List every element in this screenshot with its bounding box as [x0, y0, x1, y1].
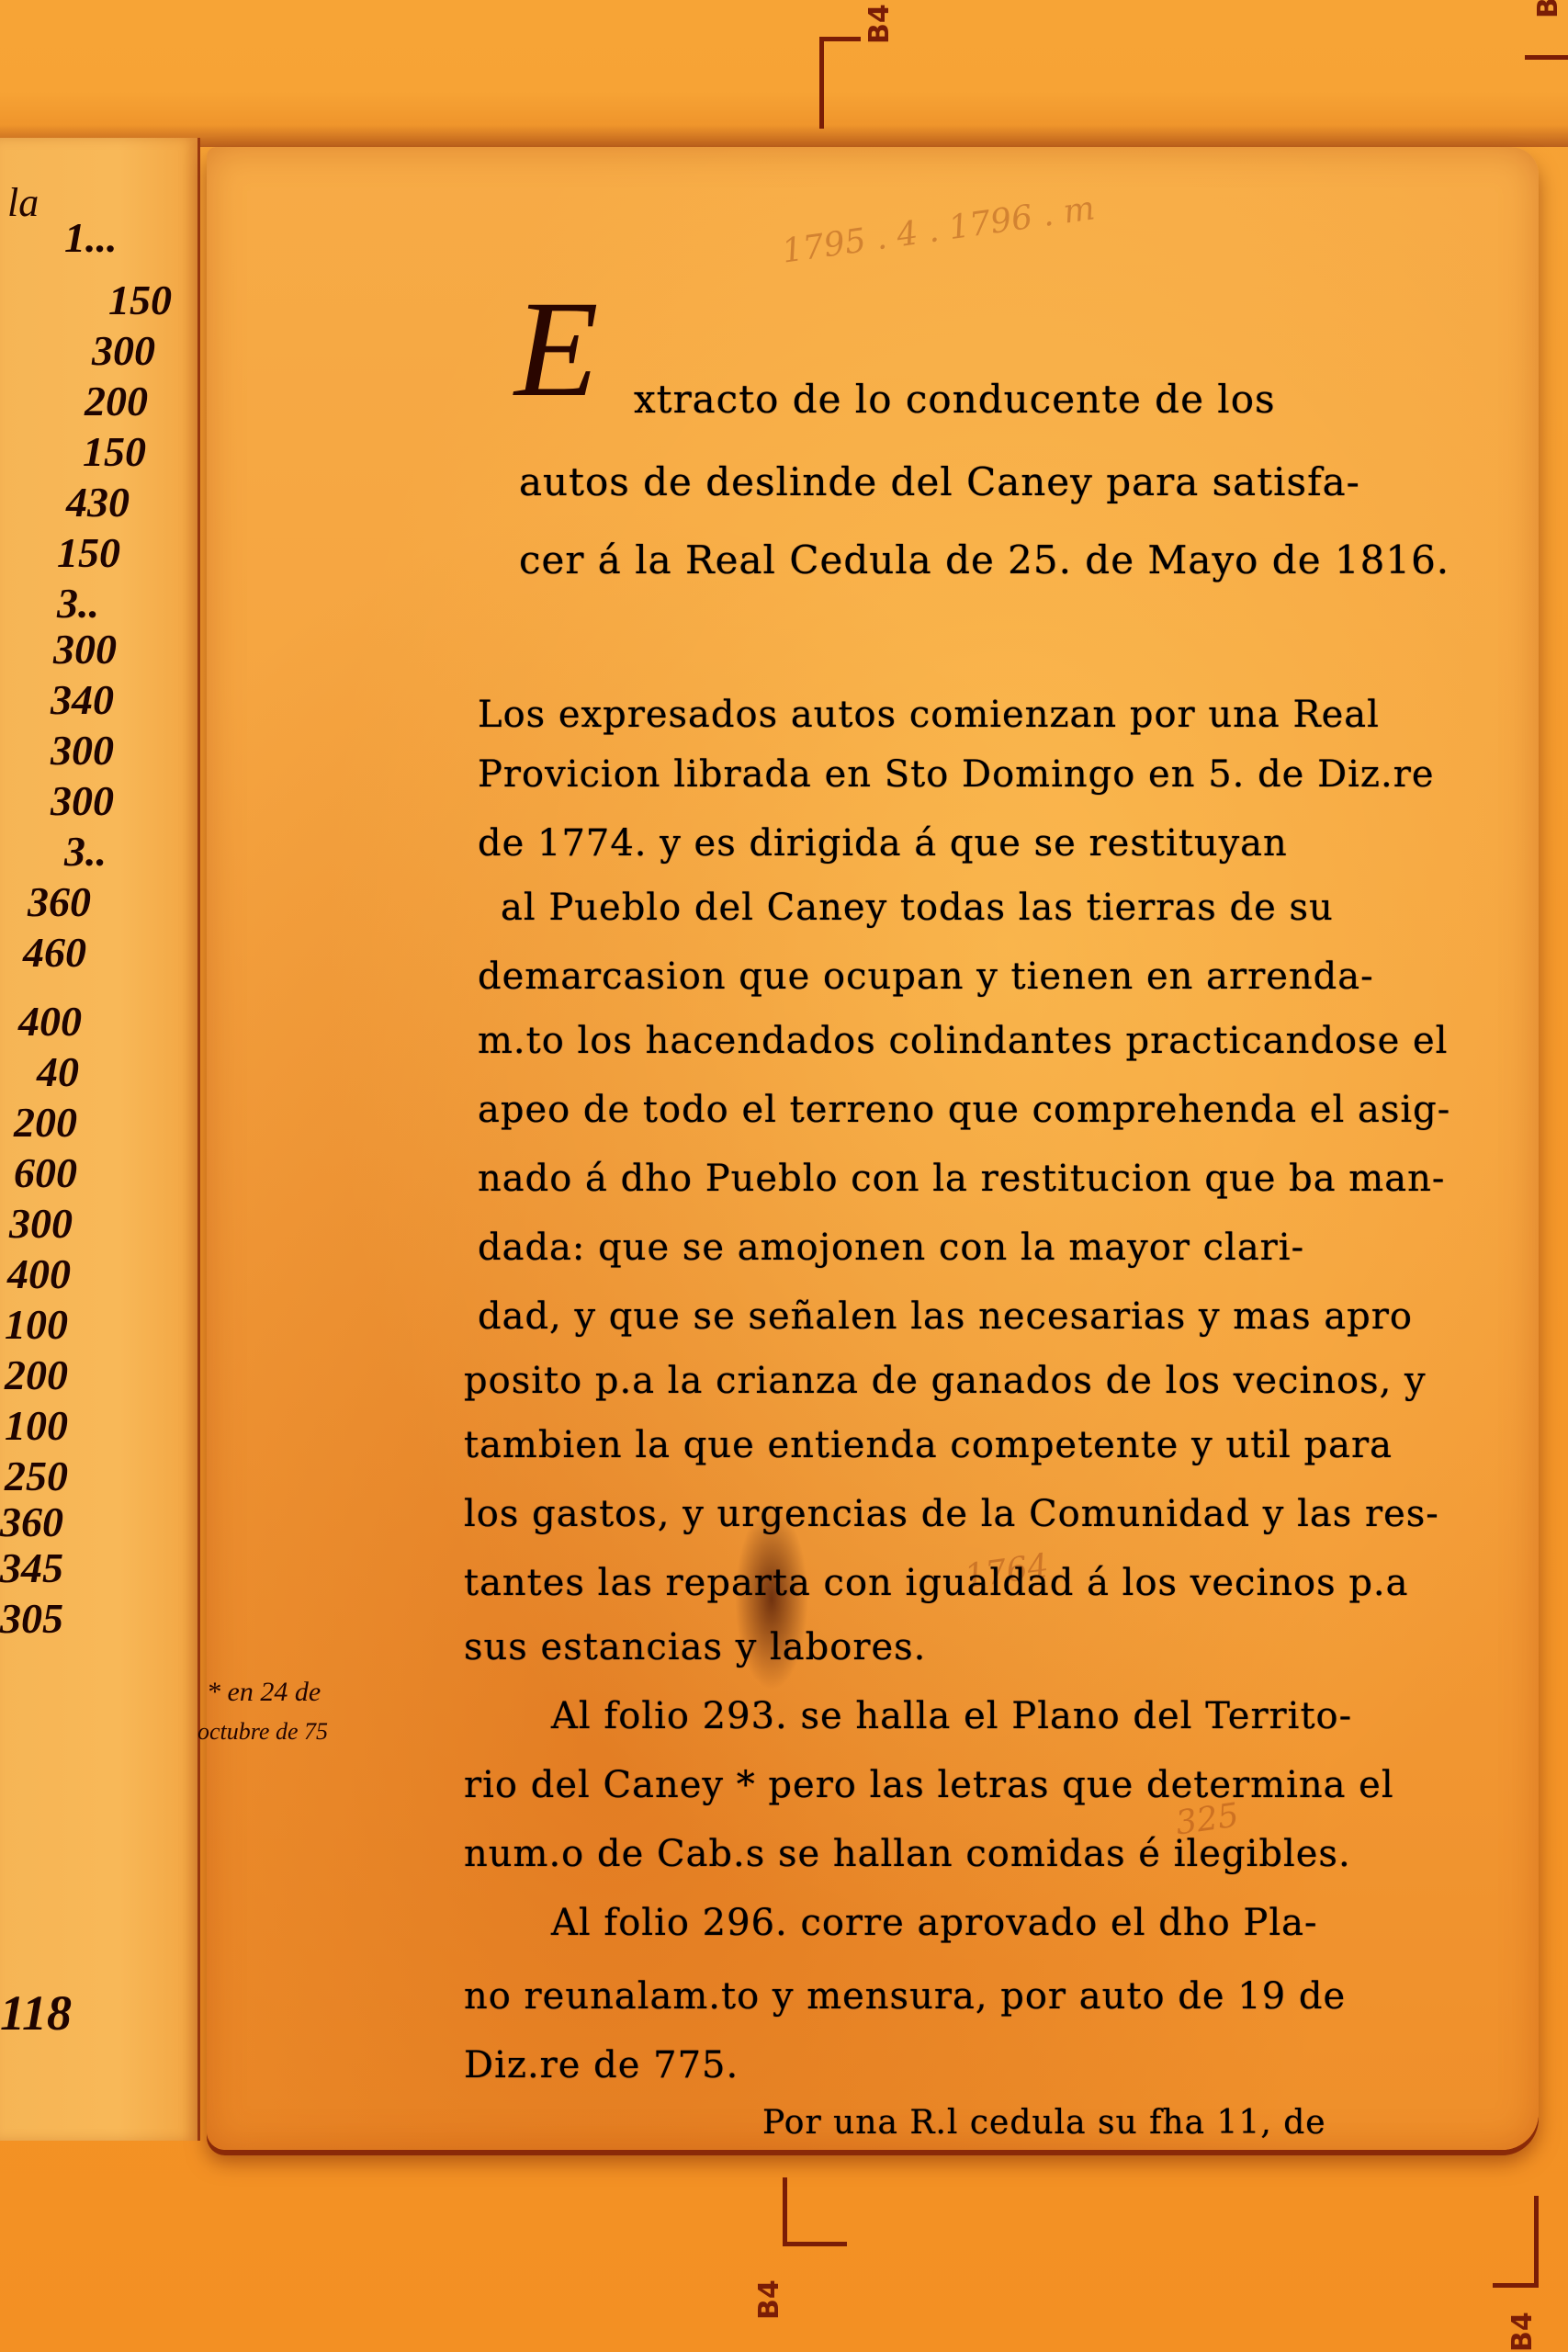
body-line: num.o de Cab.s se hallan comidas é ilegi… — [464, 1833, 1351, 1875]
title-line: xtracto de lo conducente de los — [634, 377, 1276, 422]
body-line: dada: que se amojonen con la mayor clari… — [478, 1227, 1304, 1269]
crop-mark-top-right — [1525, 55, 1568, 60]
body-line: tambien la que entienda competente y uti… — [464, 1424, 1393, 1466]
margin-figure: 300 — [51, 726, 114, 775]
crop-mark-bottom-horizontal — [783, 2242, 847, 2246]
body-line: Al folio 293. se halla el Plano del Terr… — [551, 1695, 1352, 1737]
crop-label-bottom: B4 — [753, 2279, 785, 2320]
margin-figure: 300 — [51, 776, 114, 825]
body-line: Provicion librada en Sto Domingo en 5. d… — [478, 753, 1435, 796]
margin-figure: 1... — [64, 213, 118, 262]
body-line: Los expresados autos comienzan por una R… — [478, 694, 1380, 736]
margin-annotation: * en 24 de — [207, 1677, 321, 1708]
body-line: no reunalam.to y mensura, por auto de 19… — [464, 1975, 1346, 2018]
body-line: los gastos, y urgencias de la Comunidad … — [464, 1493, 1439, 1535]
margin-figure: 300 — [53, 625, 117, 673]
crop-mark-top-horizontal — [819, 37, 861, 41]
margin-figure: 345 — [0, 1543, 63, 1592]
margin-figure: 200 — [14, 1098, 77, 1147]
crop-label-bottom-right: B4 — [1506, 2312, 1539, 2352]
margin-figure: 150 — [83, 427, 146, 476]
margin-figure: 100 — [5, 1300, 68, 1349]
margin-figure: 600 — [14, 1148, 77, 1197]
title-line: cer á la Real Cedula de 25. de Mayo de 1… — [519, 537, 1450, 582]
body-line: al Pueblo del Caney todas las tierras de… — [501, 887, 1334, 929]
body-line: apeo de todo el terreno que comprehenda … — [478, 1089, 1450, 1131]
body-line: sus estancias y labores. — [464, 1626, 926, 1668]
body-line: dad, y que se señalen las necesarias y m… — [478, 1295, 1413, 1338]
margin-figure: 150 — [108, 276, 172, 324]
margin-figure: 118 — [0, 1984, 72, 2041]
crop-label-top: B4 — [863, 4, 896, 44]
body-line: m.to los hacendados colindantes practica… — [478, 1020, 1448, 1062]
margin-annotation: octubre de 75 — [197, 1718, 328, 1746]
body-line: tantes las reparta con igualdad á los ve… — [464, 1562, 1409, 1604]
margin-figure: 200 — [5, 1351, 68, 1399]
margin-figure: 150 — [57, 528, 120, 577]
title-line: autos de deslinde del Caney para satisfa… — [519, 459, 1360, 504]
body-line: de 1774. y es dirigida á que se restituy… — [478, 822, 1288, 865]
body-line: Diz.re de 775. — [464, 2044, 739, 2086]
body-line: posito p.a la crianza de ganados de los … — [464, 1360, 1427, 1402]
margin-figure: 300 — [9, 1199, 73, 1248]
body-line: Por una R.l cedula su fha 11, de — [762, 2104, 1326, 2142]
crop-mark-bottom-right-horizontal — [1493, 2283, 1539, 2288]
body-line: nado á dho Pueblo con la restitucion que… — [478, 1158, 1445, 1200]
margin-figure: 250 — [5, 1452, 68, 1500]
left-header: la — [7, 179, 39, 226]
margin-figure: 3.. — [64, 827, 107, 876]
torn-page-edge — [0, 92, 1568, 147]
body-line: rio del Caney * pero las letras que dete… — [464, 1764, 1394, 1806]
margin-figure: 400 — [18, 997, 82, 1046]
crop-mark-bottom-right-vertical — [1534, 2196, 1539, 2288]
margin-figure: 3.. — [57, 579, 99, 628]
margin-figure: 360 — [28, 877, 91, 926]
body-line: demarcasion que ocupan y tienen en arren… — [478, 955, 1374, 998]
margin-figure: 360 — [0, 1498, 63, 1546]
margin-figure: 100 — [5, 1401, 68, 1450]
crop-mark-bottom-vertical — [783, 2177, 787, 2246]
margin-figure: 40 — [37, 1047, 79, 1096]
title-initial-letter: E — [514, 280, 599, 418]
margin-figure: 300 — [92, 326, 155, 375]
body-line: Al folio 296. corre aprovado el dho Pla- — [551, 1902, 1317, 1944]
crop-label-top-right: B4 — [1532, 0, 1564, 18]
margin-figure: 400 — [7, 1249, 71, 1298]
margin-figure: 430 — [66, 478, 130, 526]
margin-figure: 460 — [23, 928, 86, 977]
margin-figure: 305 — [0, 1594, 63, 1643]
margin-figure: 340 — [51, 675, 114, 724]
margin-figure: 200 — [85, 377, 148, 425]
crop-mark-top-vertical — [819, 37, 824, 129]
